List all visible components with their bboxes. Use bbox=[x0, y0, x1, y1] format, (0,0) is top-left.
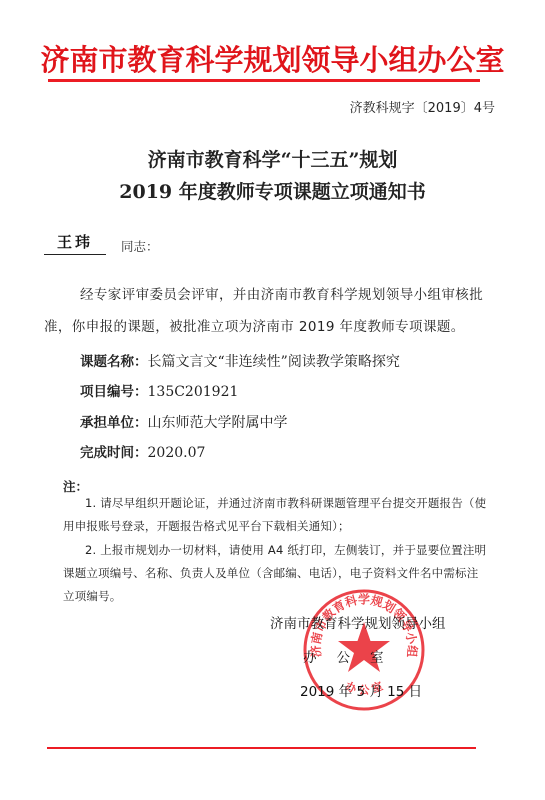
signature-organization: 济南市教育科学规划领导小组 bbox=[270, 612, 446, 632]
field-label: 承担单位： bbox=[80, 415, 148, 431]
field-label: 项目编号： bbox=[80, 384, 148, 400]
field-label: 课题名称： bbox=[80, 354, 148, 370]
field-value: 长篇文言文“非连续性”阅读教学策略探究 bbox=[148, 354, 400, 370]
field-project-number: 项目编号：135C201921 bbox=[80, 380, 238, 400]
field-host-unit: 承担单位：山东师范大学附属中学 bbox=[80, 411, 288, 432]
issuing-organization-header: 济南市教育科学规划领导小组办公室 bbox=[0, 38, 545, 79]
document-number: 济教科规字〔2019〕4号 bbox=[350, 97, 495, 116]
field-completion-date: 完成时间：2020.07 bbox=[80, 441, 205, 461]
note-item: 1. 请尽早组织开题论证，并通过济南市教科研课题管理平台提交开题报告（使用申报账… bbox=[63, 492, 487, 538]
addressee-name: 王玮 bbox=[44, 231, 106, 255]
document-title-line-2: 2019 年度教师专项课题立项通知书 bbox=[0, 177, 545, 204]
addressee-salutation: 同志： bbox=[121, 237, 159, 255]
field-value: 山东师范大学附属中学 bbox=[148, 415, 288, 431]
document-title-line-1: 济南市教育科学“十三五”规划 bbox=[0, 145, 545, 172]
header-red-rule bbox=[48, 79, 480, 82]
footer-red-rule bbox=[47, 747, 476, 749]
field-value: 2020.07 bbox=[148, 445, 206, 461]
field-value: 135C201921 bbox=[148, 384, 239, 400]
signature-date: 2019 年 5 月 15 日 bbox=[300, 680, 422, 700]
field-label: 完成时间： bbox=[80, 445, 148, 461]
approval-paragraph: 经专家评审委员会评审，并由济南市教育科学规划领导小组审核批准，你申报的课题，被批… bbox=[44, 279, 496, 343]
signature-office: 办公室 bbox=[303, 646, 404, 666]
field-project-title: 课题名称：长篇文言文“非连续性”阅读教学策略探究 bbox=[80, 350, 400, 371]
